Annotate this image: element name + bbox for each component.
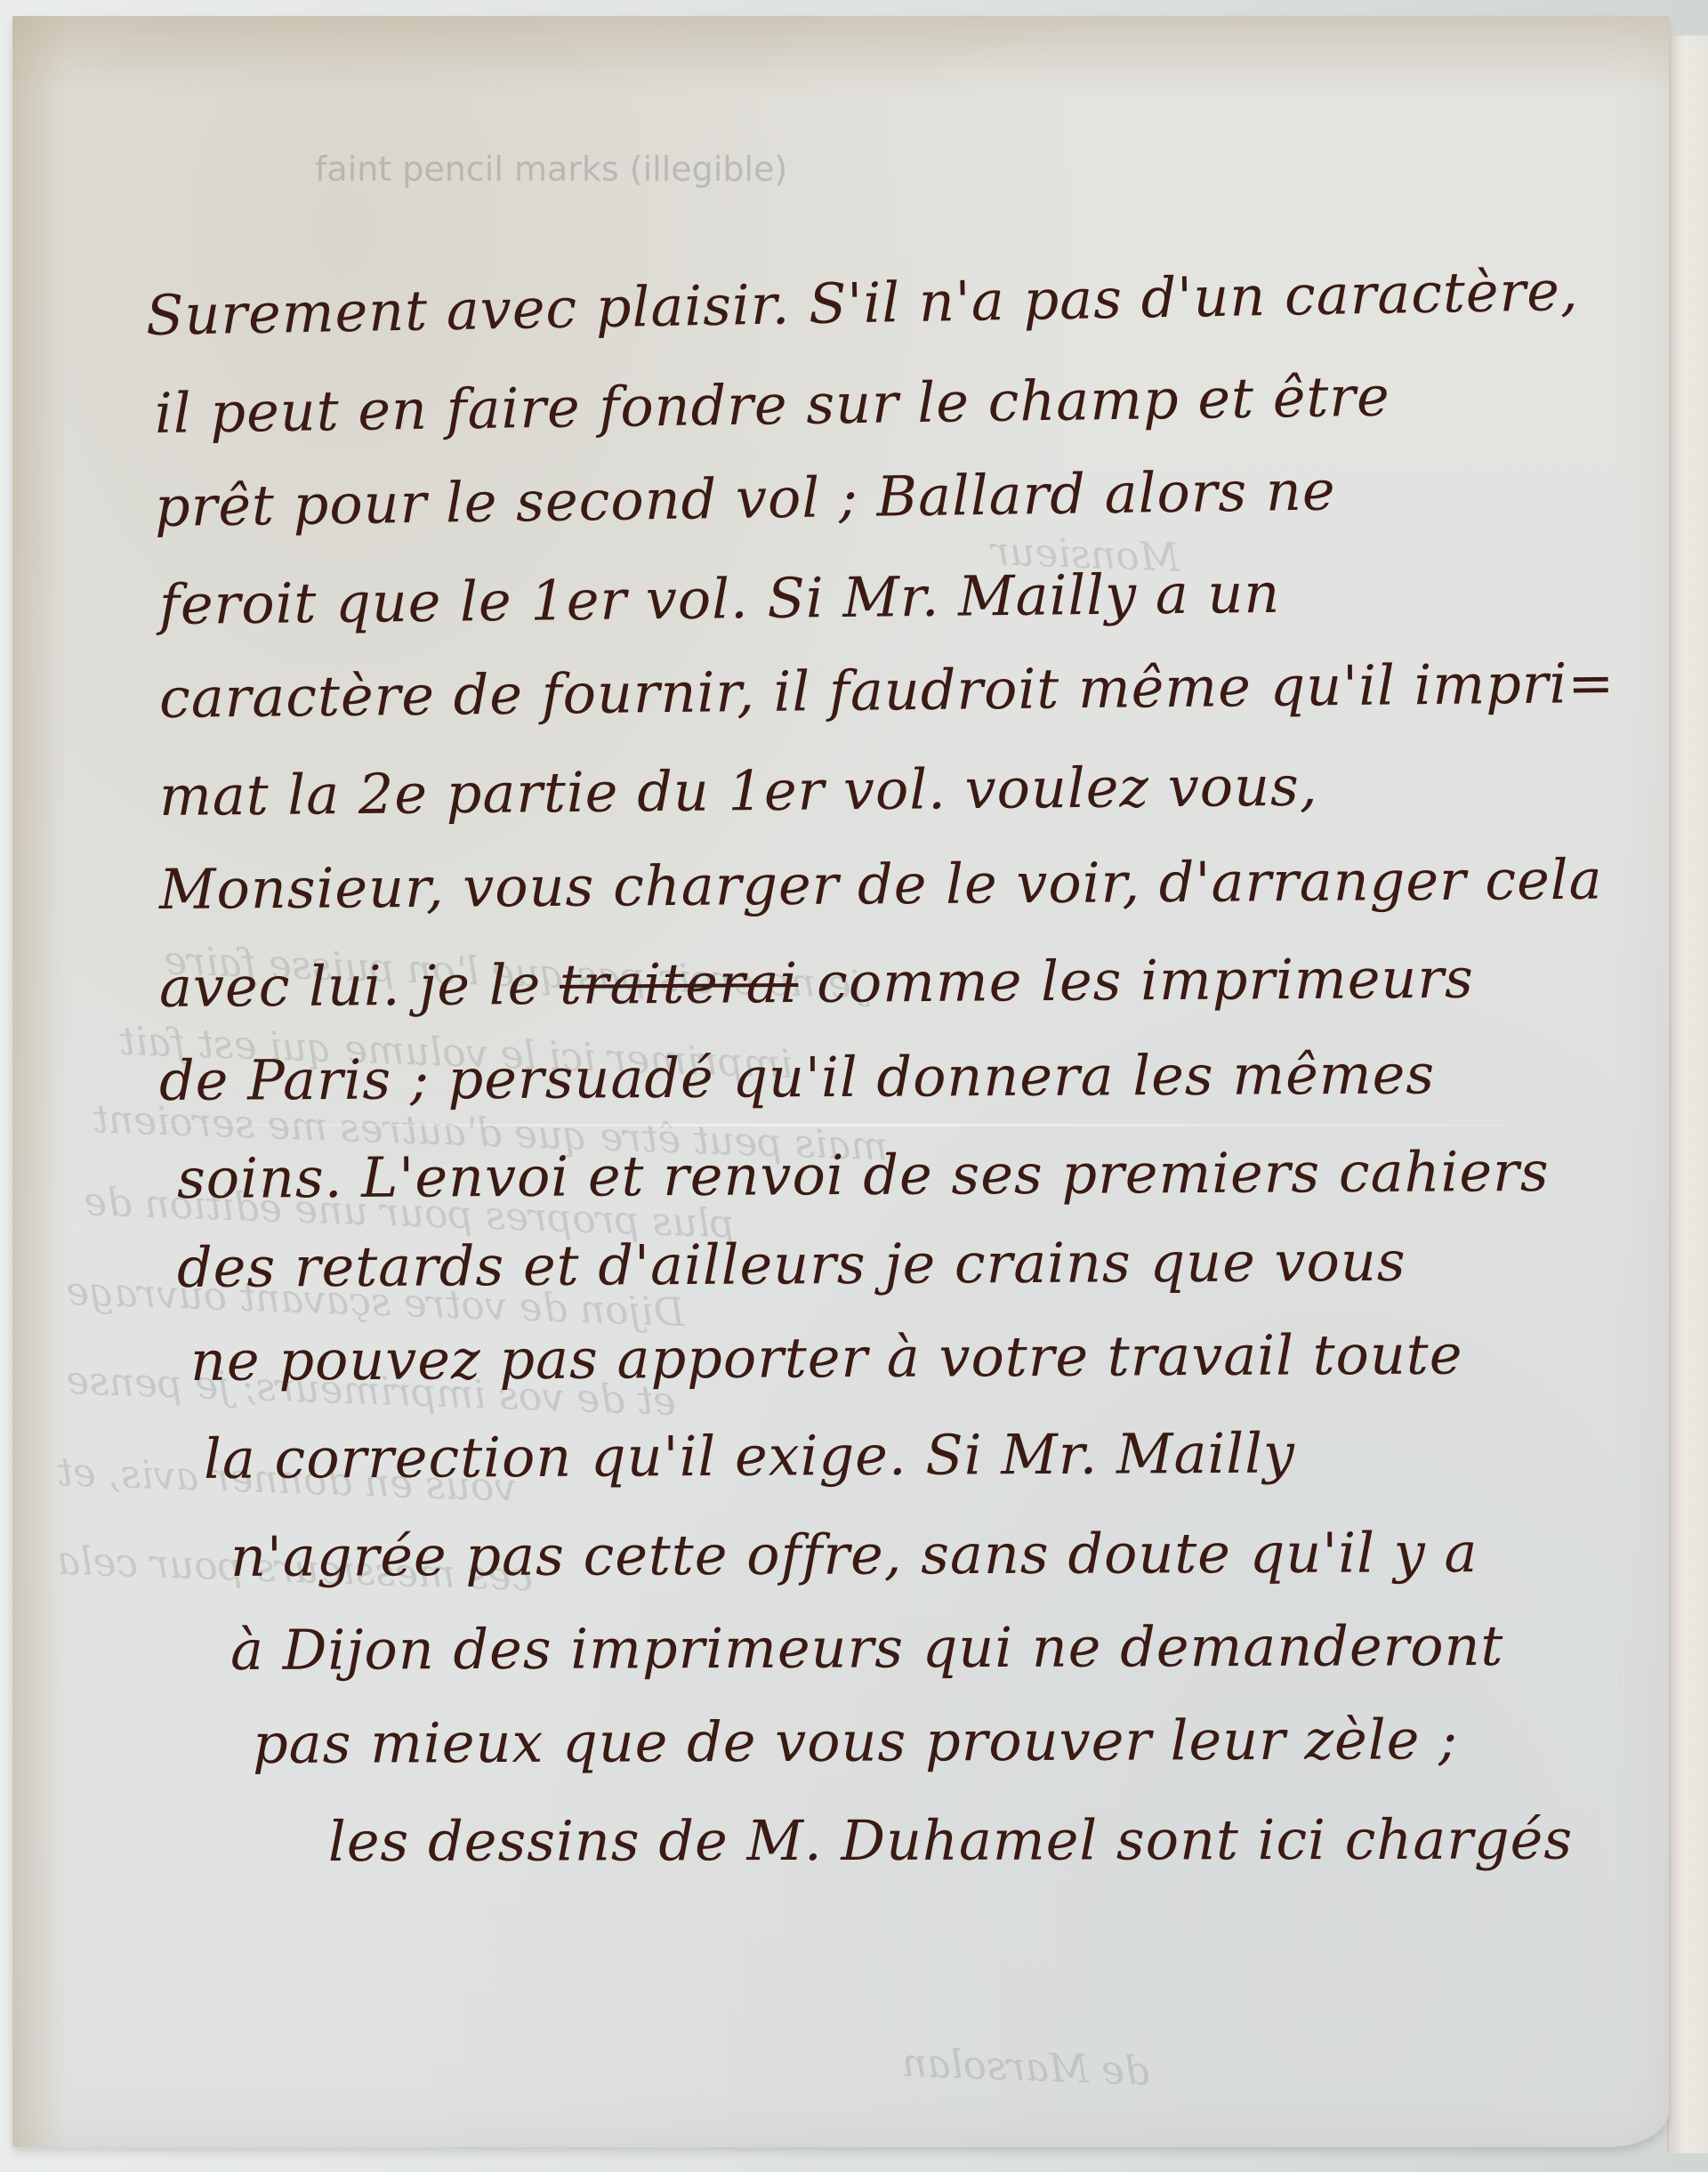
handwritten-line-8-text: avec lui. je le traiterai comme les impr…: [159, 946, 1474, 1020]
manuscript-sheet: je ne crois pas que l'on puisse faire im…: [12, 16, 1669, 2147]
handwritten-line-13: la correction qu'il exige. Si Mr. Mailly: [204, 1421, 1295, 1491]
handwritten-line-10: soins. L'envoi et renvoi de ses premiers…: [177, 1139, 1550, 1211]
faint-pencil-mark: faint pencil marks (illegible): [315, 149, 787, 189]
handwritten-line-8: avec lui. je le traiterai comme les impr…: [159, 946, 1474, 1020]
photo-scene: je ne crois pas que l'on puisse faire im…: [0, 0, 1708, 2172]
handwritten-line-5: caractère de fournir, il faudroit même q…: [159, 650, 1615, 731]
paper-fold-line: [25, 1124, 1681, 1126]
next-leaf-edge: [1667, 36, 1708, 2153]
handwritten-line-7: Monsieur, vous charger de le voir, d'arr…: [159, 847, 1603, 922]
handwritten-line-1: Surement avec plaisir. S'il n'a pas d'un…: [145, 258, 1579, 348]
handwritten-line-9: de Paris ; persuadé qu'il donnera les mê…: [159, 1041, 1435, 1113]
handwritten-line-3: prêt pour le second vol ; Ballard alors …: [154, 457, 1336, 539]
handwritten-line-16: pas mieux que de vous prouver leur zèle …: [253, 1707, 1458, 1776]
handwritten-line-6: mat la 2e partie du 1er vol. voulez vous…: [159, 754, 1318, 828]
handwritten-line-12: ne pouvez pas apporter à votre travail t…: [190, 1322, 1463, 1393]
handwritten-line-15: à Dijon des imprimeurs qui ne demanderon…: [230, 1613, 1504, 1683]
handwritten-line-2: il peut en faire fondre sur le champ et …: [154, 364, 1390, 446]
handwritten-line-14: n'agrée pas cette offre, sans doute qu'i…: [230, 1520, 1478, 1589]
handwritten-line-4: feroit que le 1er vol. Si Mr. Mailly a u…: [159, 561, 1281, 637]
struck-through-word: traiterai: [560, 950, 799, 1017]
bleed-through-text: de Marsolan: [901, 2040, 1150, 2095]
handwritten-line-11: des retards et d'ailleurs je crains que …: [177, 1229, 1406, 1300]
handwritten-line-17: les dessins de M. Duhamel sont ici charg…: [328, 1807, 1573, 1874]
